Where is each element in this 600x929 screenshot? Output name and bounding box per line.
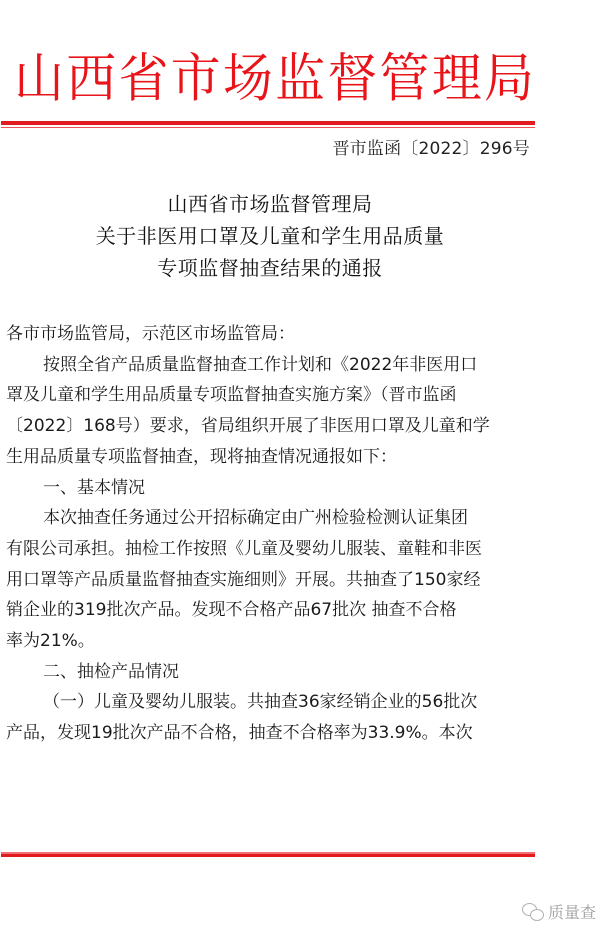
body-line: 用口罩等产品质量监督抽查实施细则》开展。共抽查了150家经 — [6, 565, 536, 596]
masthead-char: 理 — [432, 44, 482, 111]
body-line: （一）儿童及婴幼儿服装。共抽查36家经销企业的56批次 — [6, 687, 536, 718]
masthead-char: 市 — [171, 44, 221, 111]
masthead-char: 场 — [223, 44, 273, 111]
body-line: 本次抽查任务通过公开招标确定由广州检验检测认证集团 — [6, 503, 536, 534]
title-line: 专项监督抽查结果的通报 — [0, 252, 540, 284]
masthead-char: 西 — [66, 44, 116, 111]
body-line: 〔2022〕168号）要求，省局组织开展了非医用口罩及儿童和学 — [6, 411, 536, 442]
body-line: 罩及儿童和学生用品质量专项监督抽查实施方案》（晋市监函 — [6, 380, 536, 411]
section-heading-basic-situation: 一、基本情况 — [6, 473, 536, 504]
watermark-label: 质量查 — [548, 900, 596, 923]
masthead-char: 监 — [275, 44, 325, 111]
salutation: 各市市场监管局，示范区市场监管局： — [6, 319, 536, 350]
body-line: 有限公司承担。抽检工作按照《儿童及婴幼儿服装、童鞋和非医 — [6, 534, 536, 565]
masthead-char: 督 — [327, 44, 377, 111]
wechat-icon — [522, 903, 544, 921]
notice-body: 各市市场监管局，示范区市场监管局： 按照全省产品质量监督抽查工作计划和《2022… — [6, 319, 536, 749]
body-line: 生用品质量专项监督抽查，现将抽查情况通报如下： — [6, 442, 536, 473]
document-number: 晋市监函〔2022〕296号 — [332, 138, 530, 160]
body-line: 按照全省产品质量监督抽查工作计划和《2022年非医用口 — [6, 350, 536, 381]
header-red-rule — [1, 121, 535, 125]
title-line: 关于非医用口罩及儿童和学生用品质量 — [0, 220, 540, 252]
masthead-char: 局 — [484, 44, 534, 111]
masthead-char: 管 — [380, 44, 430, 111]
section-heading-product-situation: 二、抽检产品情况 — [6, 657, 536, 688]
masthead-title: 山 西 省 市 场 监 督 管 理 局 — [14, 44, 534, 111]
wechat-watermark: 质量查 — [522, 900, 596, 923]
body-line: 率为21%。 — [6, 626, 536, 657]
body-line: 销企业的319批次产品。发现不合格产品67批次 抽查不合格 — [6, 595, 536, 626]
masthead-char: 山 — [14, 44, 64, 111]
header-red-rule-thin — [1, 127, 535, 128]
masthead-char: 省 — [118, 44, 168, 111]
notice-title: 山西省市场监督管理局 关于非医用口罩及儿童和学生用品质量 专项监督抽查结果的通报 — [0, 188, 540, 284]
footer-red-rule — [1, 852, 535, 857]
title-line: 山西省市场监督管理局 — [0, 188, 540, 220]
body-line: 产品，发现19批次产品不合格，抽查不合格率为33.9%。本次 — [6, 718, 536, 749]
